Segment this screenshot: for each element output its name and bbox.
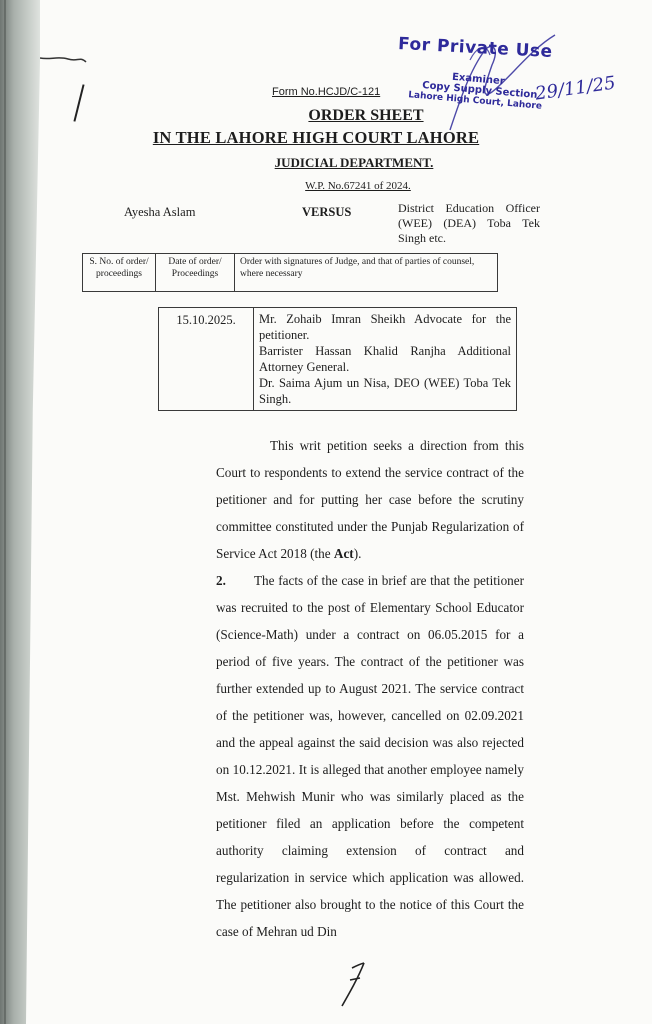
court-name: IN THE LAHORE HIGH COURT LAHORE <box>0 128 642 148</box>
paragraph-1-text: This writ petition seeks a direction fro… <box>216 438 524 561</box>
pen-mark <box>40 50 100 70</box>
appearance-respondent-officer: Dr. Saima Ajum un Nisa, DEO (WEE) Toba T… <box>259 375 511 407</box>
paragraph-2: 2.The facts of the case in brief are tha… <box>216 567 524 945</box>
paragraph-2-text: The facts of the case in brief are that … <box>216 573 524 939</box>
case-number: W.P. No.67241 of 2024. <box>32 180 652 192</box>
appearance-petitioner-counsel: Mr. Zohaib Imran Sheikh Advocate for the… <box>259 311 511 343</box>
binder-spine <box>0 0 40 1024</box>
table-row: 15.10.2025. Mr. Zohaib Imran Sheikh Advo… <box>159 308 517 411</box>
order-entry-table: 15.10.2025. Mr. Zohaib Imran Sheikh Advo… <box>158 307 517 411</box>
versus-label: VERSUS <box>302 205 351 220</box>
document-title: ORDER SHEET <box>40 107 652 125</box>
paragraph-2-number: 2. <box>216 567 254 594</box>
petitioner-name: Ayesha Aslam <box>124 205 195 220</box>
order-sheet-header-table: S. No. of order/ proceedings Date of ord… <box>82 253 498 292</box>
col-date: Date of order/ Proceedings <box>156 254 235 292</box>
col-order: Order with signatures of Judge, and that… <box>235 254 498 292</box>
paragraph-1: This writ petition seeks a direction fro… <box>216 432 524 567</box>
appearances: Mr. Zohaib Imran Sheikh Advocate for the… <box>254 308 517 411</box>
respondent-name: District Education Officer (WEE) (DEA) T… <box>398 201 540 246</box>
form-number: Form No.HCJD/C-121 <box>272 86 380 98</box>
order-body: This writ petition seeks a direction fro… <box>216 432 524 945</box>
department-name: JUDICIAL DEPARTMENT. <box>28 155 652 171</box>
binder-edge <box>4 0 6 1024</box>
act-abbreviation: Act <box>334 546 354 561</box>
order-date: 15.10.2025. <box>159 308 254 411</box>
judge-initial-icon <box>338 960 378 1010</box>
col-serial-number: S. No. of order/ proceedings <box>83 254 156 292</box>
appearance-state-counsel: Barrister Hassan Khalid Ranjha Additiona… <box>259 343 511 375</box>
paragraph-1-end: ). <box>354 546 362 561</box>
